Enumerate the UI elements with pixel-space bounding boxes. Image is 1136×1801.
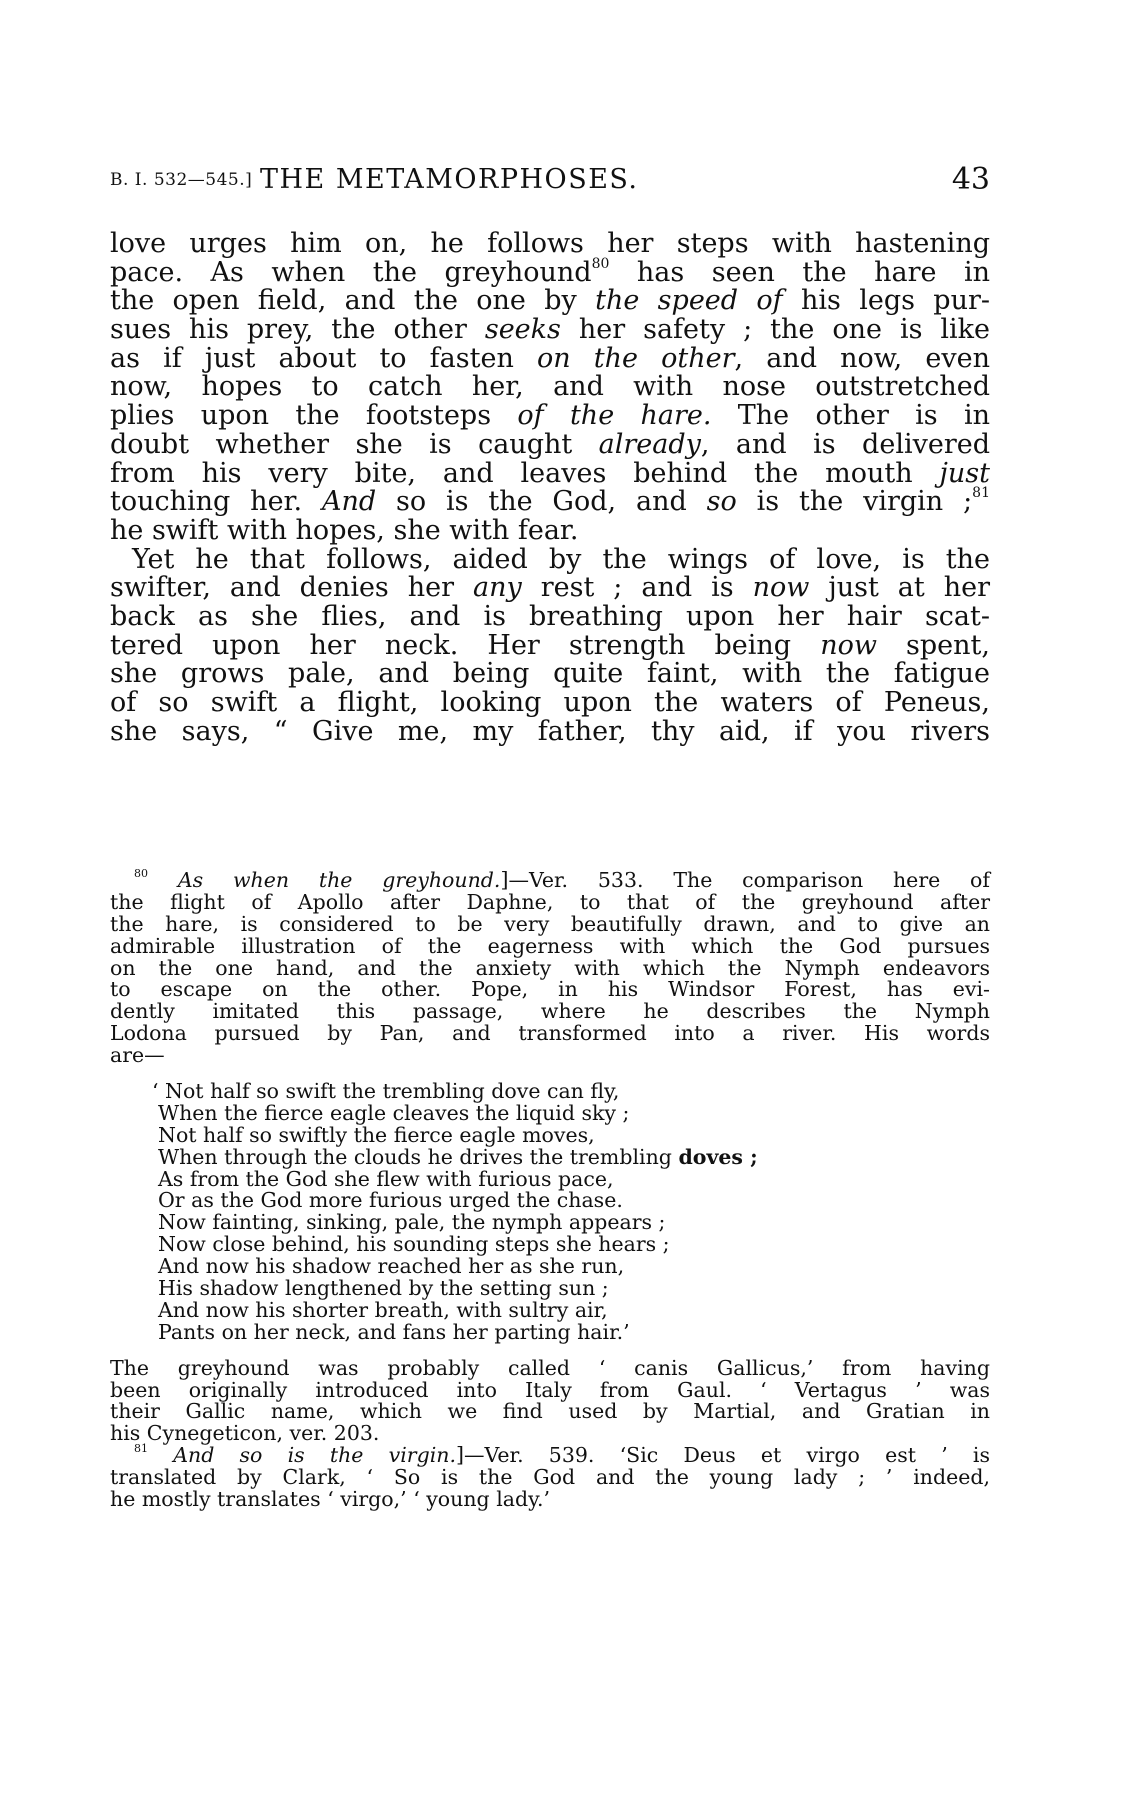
- text-span: , and now, even: [735, 343, 990, 374]
- poem-line: ‘ Not half so swift the trembling dove c…: [152, 1081, 990, 1103]
- page-number: 43: [952, 162, 990, 197]
- footnote-marker: 80: [134, 867, 148, 880]
- text-span: his legs pur-: [783, 285, 990, 316]
- poem-line: And now his shorter breath, with sultry …: [158, 1300, 990, 1322]
- text-span: doubt whether she is caught: [110, 429, 599, 460]
- italic-span: seeks: [485, 314, 561, 345]
- text-line: from his very bite, and leaves behind th…: [110, 460, 990, 489]
- italic-span: just: [940, 458, 990, 489]
- note-line: his Cynegeticon, ver. 203.: [110, 1423, 990, 1445]
- note-line: are—: [110, 1045, 990, 1067]
- main-text: love urges him on, he follows her steps …: [110, 230, 990, 746]
- text-line: now, hopes to catch her, and with nose o…: [110, 373, 990, 402]
- note-line: the flight of Apollo after Daphne, to th…: [110, 892, 990, 914]
- text-line: sues his prey, the other seeks her safet…: [110, 316, 990, 345]
- text-line: the open field, and the one by the speed…: [110, 287, 990, 316]
- italic-span: already: [599, 429, 701, 460]
- note-line: dently imitated this passage, where he d…: [110, 1001, 990, 1023]
- text-span: , and is delivered: [701, 429, 990, 460]
- italic-span: of the hare.: [517, 400, 711, 431]
- note-line: he mostly translates ‘ virgo,’ ‘ young l…: [110, 1489, 990, 1511]
- note-line: 80 As when the greyhound.]—Ver. 533. The…: [110, 870, 990, 892]
- text-span: spent,: [877, 630, 990, 661]
- note-line: their Gallic name, which we find used by…: [110, 1401, 990, 1423]
- note-line: 81 And so is the virgin.]—Ver. 539. ‘Sic…: [110, 1445, 990, 1467]
- text-span: back as she flies, and is breathing upon…: [110, 601, 990, 632]
- text-span: of so swift a flight, looking upon the w…: [110, 687, 990, 718]
- text-line: she says, “ Give me, my father, thy aid,…: [110, 718, 990, 747]
- text-span: When through the clouds he drives the tr…: [158, 1145, 678, 1169]
- text-span: swifter, and denies her: [110, 572, 473, 603]
- text-line: Yet he that follows, aided by the wings …: [110, 546, 990, 575]
- poem-line: Now fainting, sinking, pale, the nymph a…: [158, 1212, 990, 1234]
- text-span: from his very bite, and leaves behind th…: [110, 458, 940, 489]
- text-span: pace. As when the greyhound: [110, 257, 592, 288]
- italic-span: And: [322, 486, 376, 517]
- poem-line: Or as the God more furious urged the cha…: [158, 1190, 990, 1212]
- footnote-ref-80[interactable]: 80: [592, 256, 610, 272]
- note-line: the hare, is considered to be very beaut…: [110, 914, 990, 936]
- italic-span: any: [473, 572, 522, 603]
- text-span: The other is in: [711, 400, 990, 431]
- text-line: love urges him on, he follows her steps …: [110, 230, 990, 259]
- note-line: been originally introduced into Italy fr…: [110, 1380, 990, 1402]
- text-span: so is the God, and: [376, 486, 707, 517]
- text-span: plies upon the footsteps: [110, 400, 517, 431]
- footnote-80: 80 As when the greyhound.]—Ver. 533. The…: [110, 870, 990, 1445]
- poem-line: When the fierce eagle cleaves the liquid…: [158, 1103, 990, 1125]
- text-span: her safety ; the one is like: [561, 314, 990, 345]
- text-line: pace. As when the greyhound80 has seen t…: [110, 259, 990, 288]
- note-line: admirable illustration of the eagerness …: [110, 936, 990, 958]
- italic-span: so: [707, 486, 737, 517]
- footnote-marker: 81: [134, 1442, 148, 1455]
- note-lemma: And so is the virgin.: [173, 1443, 456, 1467]
- note-line: on the one hand, and the anxiety with wh…: [110, 958, 990, 980]
- text-span: love urges him on, he follows her steps …: [110, 228, 990, 259]
- text-line: he swift with hopes, she with fear.: [110, 517, 990, 546]
- text-span: ]—Ver. 533. The comparison here of: [500, 868, 990, 892]
- text-line: doubt whether she is caught already, and…: [110, 431, 990, 460]
- text-line: tered upon her neck. Her strength being …: [110, 632, 990, 661]
- poem-line: Now close behind, his sounding steps she…: [158, 1234, 990, 1256]
- poem-line: Not half so swiftly the fierce eagle mov…: [158, 1125, 990, 1147]
- text-line: of so swift a flight, looking upon the w…: [110, 689, 990, 718]
- italic-span: on the other: [537, 343, 735, 374]
- text-span: has seen the hare in: [609, 257, 990, 288]
- text-span: she grows pale, and being quite faint, w…: [110, 658, 990, 689]
- text-span: as if just about to fasten: [110, 343, 537, 374]
- text-span: Yet he that follows, aided by the wings …: [132, 544, 990, 575]
- poem-line: Pants on her neck, and fans her parting …: [158, 1322, 990, 1344]
- note-lemma: As when the greyhound.: [178, 868, 501, 892]
- footnote-ref-81[interactable]: 81: [972, 485, 990, 501]
- footnote-81: 81 And so is the virgin.]—Ver. 539. ‘Sic…: [110, 1445, 990, 1511]
- running-title: THE METAMORPHOSES.: [260, 164, 639, 195]
- italic-span: now: [753, 572, 810, 603]
- footnotes: 80 As when the greyhound.]—Ver. 533. The…: [110, 870, 990, 1511]
- note-line: The greyhound was probably called ‘ cani…: [110, 1358, 990, 1380]
- poem-line: His shadow lengthened by the setting sun…: [158, 1278, 990, 1300]
- text-line: she grows pale, and being quite faint, w…: [110, 660, 990, 689]
- text-span: rest ; and is: [522, 572, 753, 603]
- poem-line: When through the clouds he drives the tr…: [158, 1147, 990, 1169]
- text-line: swifter, and denies her any rest ; and i…: [110, 574, 990, 603]
- text-span: he swift with hopes, she with fear.: [110, 515, 578, 546]
- text-line: back as she flies, and is breathing upon…: [110, 603, 990, 632]
- text-line: as if just about to fasten on the other,…: [110, 345, 990, 374]
- text-span: now, hopes to catch her, and with nose o…: [110, 371, 990, 402]
- note-line: translated by Clark, ‘ So is the God and…: [110, 1467, 990, 1489]
- quoted-poem: ‘ Not half so swift the trembling dove c…: [158, 1081, 990, 1344]
- poem-line: And now his shadow reached her as she ru…: [158, 1256, 990, 1278]
- text-line: plies upon the footsteps of the hare. Th…: [110, 402, 990, 431]
- italic-span: now: [820, 630, 877, 661]
- note-line: to escape on the other. Pope, in his Win…: [110, 979, 990, 1001]
- text-span: she says, “ Give me, my father, thy aid,…: [110, 716, 990, 747]
- note-line: Lodona pursued by Pan, and transformed i…: [110, 1023, 990, 1045]
- text-span: tered upon her neck. Her strength being: [110, 630, 820, 661]
- text-span: touching her.: [110, 486, 322, 517]
- line-reference: B. I. 532—545.]: [110, 170, 252, 190]
- text-span: sues his prey, the other: [110, 314, 485, 345]
- text-span: just at her: [809, 572, 990, 603]
- bold-span: doves ;: [678, 1145, 757, 1169]
- italic-span: the speed of: [595, 285, 783, 316]
- text-span: ]—Ver. 539. ‘Sic Deus et virgo est ’ is: [456, 1443, 990, 1467]
- text-span: the open field, and the one by: [110, 285, 595, 316]
- text-span: is the virgin ;: [737, 486, 972, 517]
- text-line: touching her. And so is the God, and so …: [110, 488, 990, 517]
- book-page: B. I. 532—545.] THE METAMORPHOSES. 43 lo…: [0, 0, 1136, 1801]
- poem-line: As from the God she flew with furious pa…: [158, 1169, 990, 1191]
- running-header: B. I. 532—545.] THE METAMORPHOSES. 43: [110, 160, 990, 200]
